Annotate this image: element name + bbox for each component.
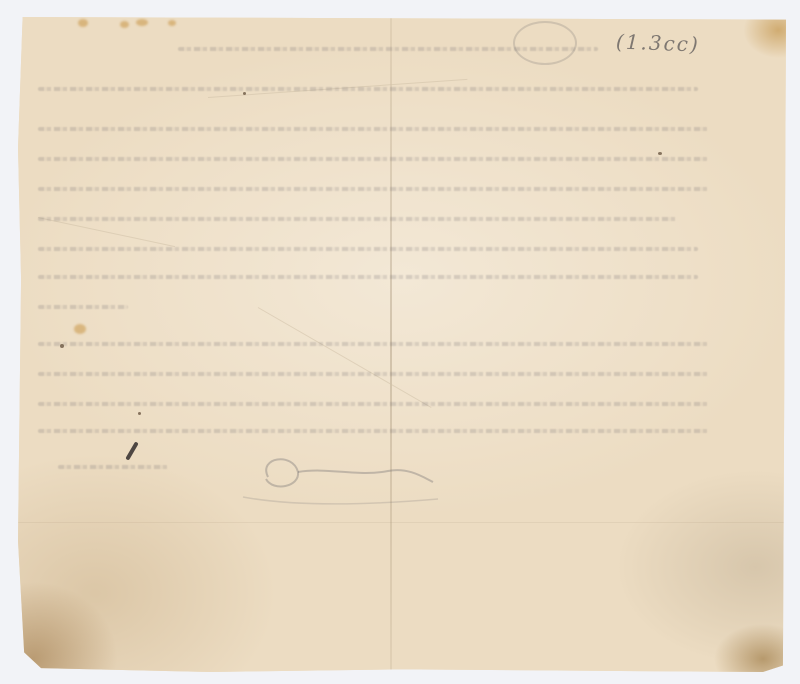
- bleed-through-text-line: [38, 305, 128, 309]
- bleed-through-text-line: [38, 187, 708, 191]
- faint-signature: [238, 447, 448, 507]
- scan-canvas: (1.3cc): [0, 0, 800, 684]
- ink-speck: [138, 412, 141, 415]
- bleed-through-text-line: [38, 275, 698, 279]
- bleed-through-text-line: [38, 342, 708, 346]
- stain-spot: [78, 19, 88, 27]
- paper-crease: [258, 307, 432, 408]
- ink-speck: [60, 344, 64, 348]
- stain-spot: [74, 324, 86, 334]
- bleed-through-text-line: [58, 465, 168, 469]
- ink-speck: [658, 152, 662, 155]
- bleed-through-text-line: [38, 217, 678, 221]
- bleed-through-text-line: [38, 247, 698, 251]
- bleed-through-text-line: [38, 429, 708, 433]
- bleed-through-text-line: [38, 372, 708, 376]
- bleed-through-text-line: [38, 87, 698, 91]
- bleed-through-text-line: [178, 47, 598, 51]
- stain-spot: [168, 20, 176, 26]
- bleed-through-text-line: [38, 157, 708, 161]
- ink-speck: [243, 92, 246, 95]
- horizontal-fold-line: [18, 522, 786, 523]
- stain-spot: [120, 21, 129, 28]
- paper-crease: [38, 217, 175, 247]
- pencil-annotation: (1.3cc): [616, 30, 701, 57]
- stain-spot: [136, 19, 148, 26]
- paper-sheet: (1.3cc): [18, 17, 786, 672]
- ink-blot: [125, 441, 138, 460]
- bleed-through-text-line: [38, 127, 708, 131]
- faint-pencil-mark: [513, 21, 577, 65]
- bleed-through-text-line: [38, 402, 708, 406]
